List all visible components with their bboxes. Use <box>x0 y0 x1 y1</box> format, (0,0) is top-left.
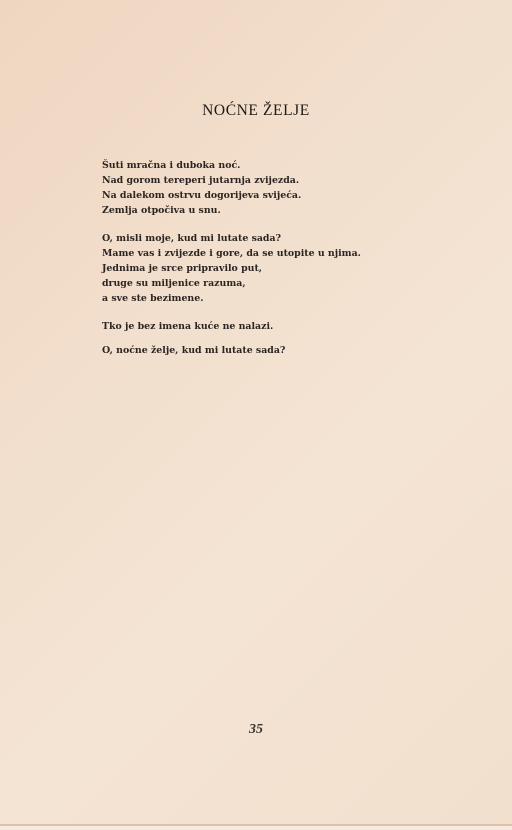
poem-line: Tko je bez imena kuće ne nalazi. <box>102 319 432 334</box>
stanza-2: O, misli moje, kud mi lutate sada? Mame … <box>102 231 432 306</box>
poem-line: Šuti mračna i duboka noć. <box>102 158 432 173</box>
poem-line: a sve ste bezimene. <box>102 291 432 306</box>
poem-line: Na dalekom ostrvu dogorijeva svijeća. <box>102 188 432 203</box>
stanza-4: O, noćne želje, kud mi lutate sada? <box>102 343 432 358</box>
poem-line: O, noćne želje, kud mi lutate sada? <box>102 343 432 358</box>
stanza-3: Tko je bez imena kuće ne nalazi. <box>102 319 432 334</box>
poem-line: Mame vas i zvijezde i gore, da se utopit… <box>102 246 432 261</box>
poem-body: Šuti mračna i duboka noć. Nad gorom tere… <box>102 158 432 367</box>
poem-title: NOĆNE ŽELJE <box>0 102 512 120</box>
stanza-1: Šuti mračna i duboka noć. Nad gorom tere… <box>102 158 432 218</box>
page-bottom-strip <box>0 826 512 830</box>
page-number: 35 <box>0 722 512 738</box>
poem-line: O, misli moje, kud mi lutate sada? <box>102 231 432 246</box>
poem-line: Jednima je srce pripravilo put, <box>102 261 432 276</box>
poem-line: Zemlja otpočiva u snu. <box>102 203 432 218</box>
poem-line: Nad gorom tereperi jutarnja zvijezda. <box>102 173 432 188</box>
poem-line: druge su miljenice razuma, <box>102 276 432 291</box>
